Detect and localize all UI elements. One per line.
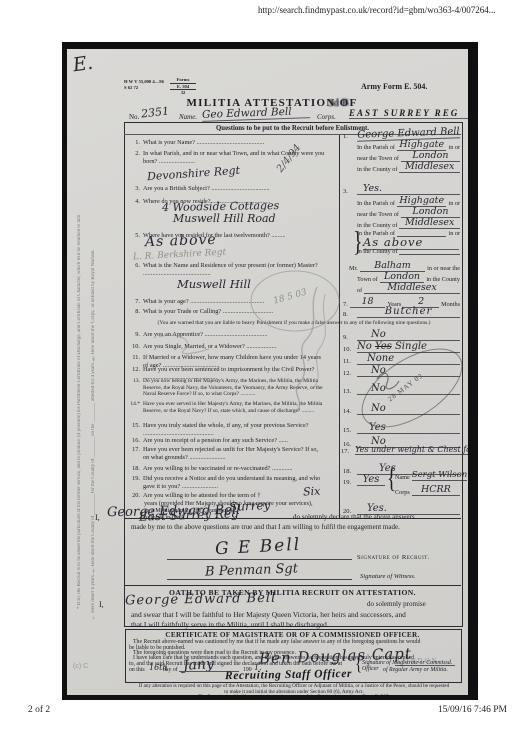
declaration-i: I, xyxy=(95,513,100,522)
declaration-name: George Edward Bell xyxy=(107,503,240,520)
recruit-signature-label: Signature of Recruit. xyxy=(357,554,430,561)
certificate-day-label: day of xyxy=(163,667,178,673)
witness-signature-label: Signature of Witness. xyxy=(360,573,416,580)
recruiting-staff-officer-stamp: Recruiting Staff Officer xyxy=(225,668,352,682)
attestation-form-page: * If so, the Recruit is to be asked the … xyxy=(67,49,468,695)
witness-signature-line xyxy=(167,579,352,580)
oval-stamp-date: 28 MAY 03 xyxy=(386,372,424,404)
oath-name: George Edward Bell xyxy=(125,591,276,609)
page-number: 2 of 2 xyxy=(28,705,50,715)
footnote-line3: The Recruit should, if he require it, re… xyxy=(129,694,459,695)
oath-line1: do solemnly promise xyxy=(367,600,426,608)
oath-line3: that I will faithfully serve in the Mili… xyxy=(131,620,459,629)
oath-i: I, xyxy=(99,600,104,609)
certificate-title: CERTIFICATE OF MAGISTRATE OR OF A COMMIS… xyxy=(125,631,460,639)
oath-line2: and swear that I will be faithful to Her… xyxy=(131,610,459,619)
print-timestamp: 15/09/16 7:46 PM xyxy=(438,705,507,715)
recruit-signature-line xyxy=(167,559,352,560)
declaration-line2: made by me to the above questions are tr… xyxy=(131,523,459,531)
declaration-line1: do solemnly declare that the above answe… xyxy=(293,513,415,521)
page-header-url: http://search.findmypast.co.uk/record?id… xyxy=(258,5,496,15)
scanned-document-frame: * If so, the Recruit is to be asked the … xyxy=(62,42,478,700)
magistrate-signature-label2: of Regular Army or Militia. xyxy=(383,667,448,673)
copyright-watermark: (c) C xyxy=(73,663,88,670)
printed-webpage: http://search.findmypast.co.uk/record?id… xyxy=(0,0,521,738)
certificate-date-prefix: on this xyxy=(129,667,145,673)
